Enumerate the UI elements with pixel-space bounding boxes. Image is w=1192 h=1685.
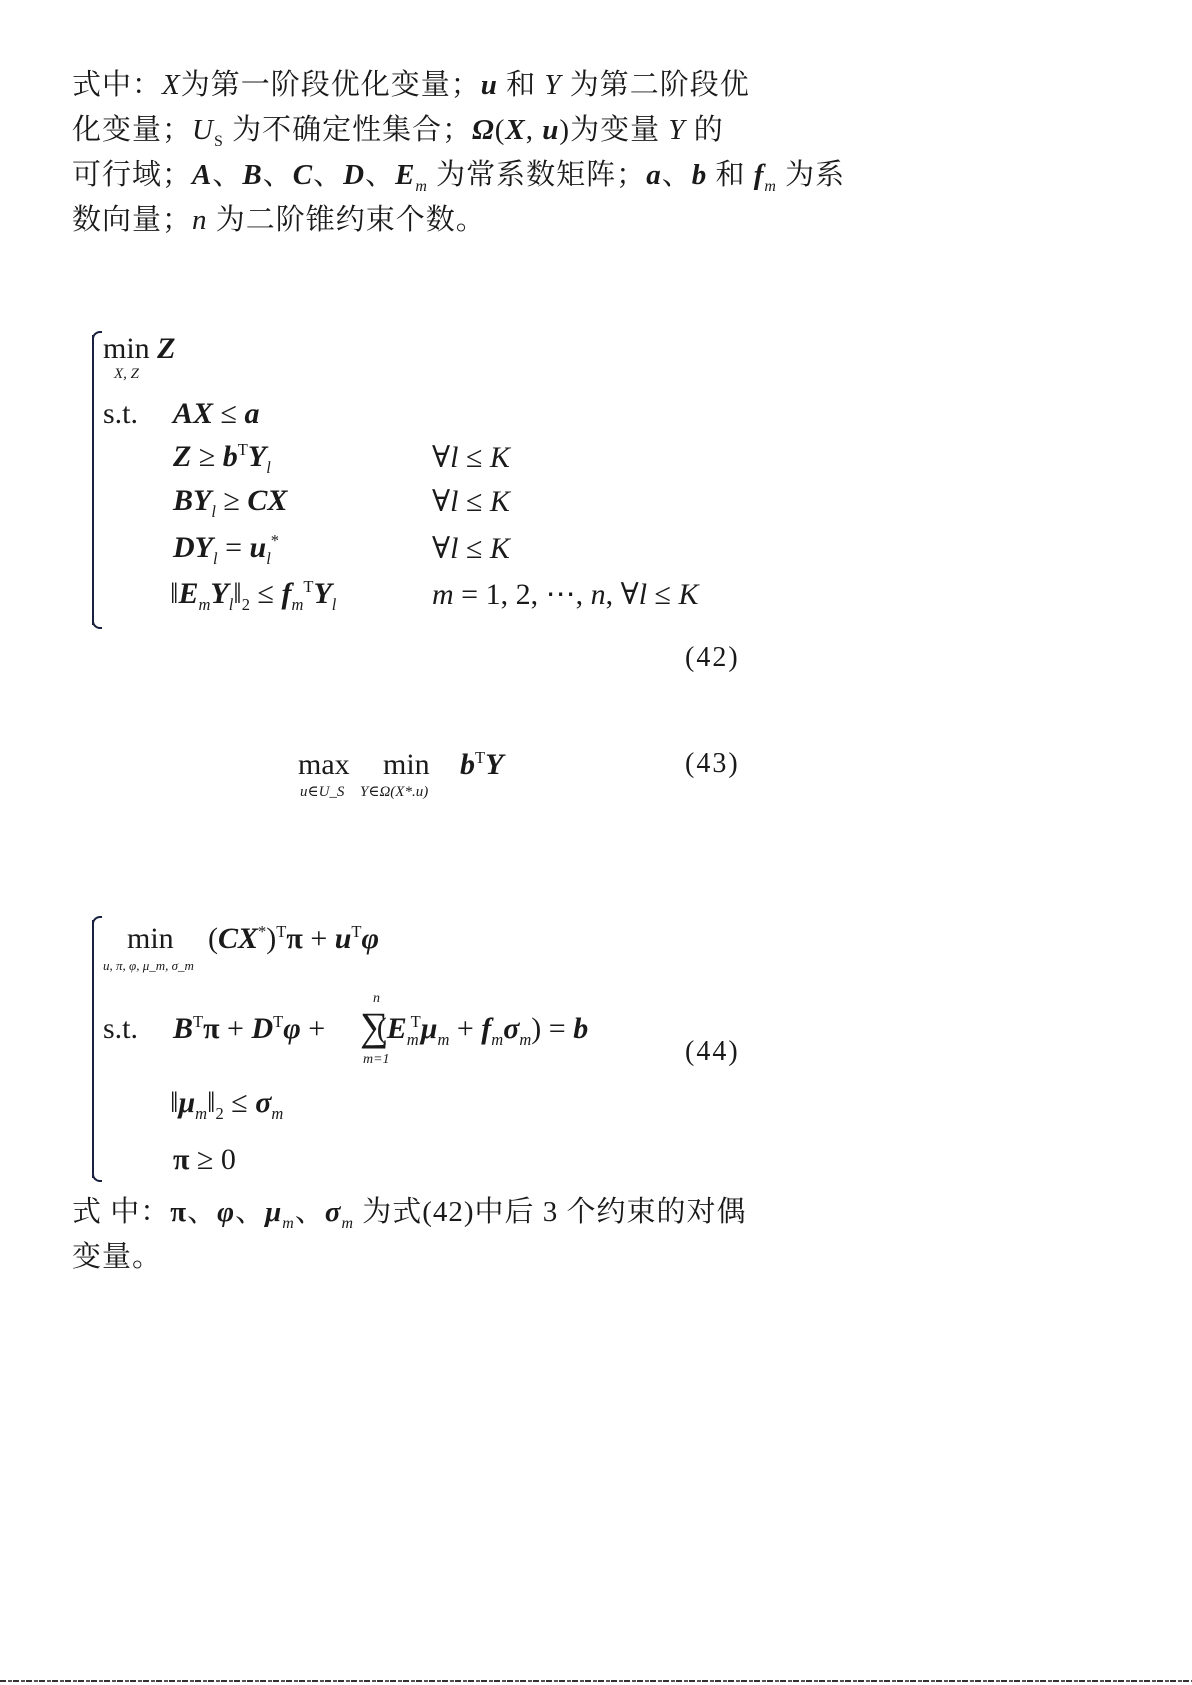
min-subscript: u, π, φ, μ_m, σ_m [103,958,194,974]
var-A: A [192,159,212,191]
text: 为第二阶段优 [562,69,750,101]
var-mu: μ [265,1196,282,1228]
paragraph-dual-variables: 式 中：π、φ、μm、σm 为式(42)中后 3 个约束的对偶 变量。 [72,1190,748,1280]
text: 化变量； [72,114,192,146]
text: 为常系数矩阵； [428,159,646,191]
min-subscript: X, Z [114,366,139,383]
var-n: n [192,204,208,236]
var-u: u [542,114,559,146]
separator: 、 [187,1196,217,1228]
text: 式中： [72,69,162,101]
var-phi: φ [217,1196,235,1228]
left-brace [92,920,94,1178]
separator: 、 [295,1196,325,1228]
paragraph-line-2: 变量。 [72,1235,748,1280]
var-b: b [692,159,708,191]
text: 为第一阶段优化变量； [181,69,481,101]
equation-number-43: (43) [685,748,740,780]
constraint-2: Z ≥ bTYl [173,440,271,474]
paragraph-line-1: 式中：X为第一阶段优化变量；u 和 Y 为第二阶段优 [72,63,748,108]
objective-expr: Z [157,332,175,365]
text: 变量。 [72,1241,162,1273]
paren: ( [495,114,506,146]
comma: , [526,114,543,146]
constraint-1: AX ≤ a [173,397,260,431]
paragraph-line-4: 数向量；n 为二阶锥约束个数。 [72,198,748,243]
condition-4: ∀l ≤ K [432,531,510,566]
var-U: U [192,114,214,146]
text: 为系 [777,159,845,191]
var-a: a [646,159,662,191]
subscript-S: S [214,133,224,150]
paragraph-variable-definitions: 式中：X为第一阶段优化变量；u 和 Y 为第二阶段优 化变量；US 为不确定性集… [72,63,748,243]
var-pi: π [170,1196,187,1228]
subscript-m: m [341,1215,354,1232]
objective-43: bTY [460,748,503,782]
scan-edge-line [0,1680,1192,1682]
text: 为不确定性集合； [224,114,472,146]
var-Y: Y [544,69,561,101]
min-operator: min [383,748,430,782]
constraint-2: ‖μm‖2 ≤ σm [170,1086,283,1120]
min-subscript: Y∈Ω(X*.u) [360,782,428,801]
text: 数向量； [72,204,192,236]
constraint-5: ‖EmYl‖2 ≤ fmTYl [170,577,336,611]
text: 和 [498,69,545,101]
left-brace [92,335,94,625]
max-subscript: u∈U_S [300,782,344,801]
var-B: B [242,159,262,191]
paragraph-line-2: 化变量；US 为不确定性集合；Ω(X, u)为变量 Y 的 [72,108,748,153]
separator: 、 [212,159,242,191]
text: 为二阶锥约束个数。 [208,204,486,236]
subscript-m: m [764,178,777,195]
objective-42: min Z [103,332,176,366]
var-E: E [395,159,415,191]
constraint-3: π ≥ 0 [173,1143,236,1177]
text: 和 [707,159,754,191]
subscript-m: m [282,1215,295,1232]
summation-sign: ∑ [360,1003,389,1050]
separator: 、 [662,159,692,191]
text: 式 中： [72,1196,170,1228]
var-Y: Y [668,114,685,146]
text: 为变量 [570,114,668,146]
min-operator: min [103,332,150,365]
var-f: f [754,159,765,191]
var-sigma: σ [325,1196,342,1228]
separator: 、 [235,1196,265,1228]
separator: 、 [313,159,343,191]
equation-number-42: (42) [685,642,740,674]
st-label: s.t. [103,1012,138,1046]
var-Omega: Ω [472,114,495,146]
text: 的 [685,114,723,146]
text: 为式(42)中后 3 个约束的对偶 [354,1196,747,1228]
separator: 、 [365,159,395,191]
paren: ) [559,114,570,146]
st-label: s.t. [103,397,138,431]
condition-5: m = 1, 2, ⋯, n, ∀l ≤ K [432,577,699,612]
paragraph-line-1: 式 中：π、φ、μm、σm 为式(42)中后 3 个约束的对偶 [72,1190,748,1235]
constraint-3: BYl ≥ CX [173,484,287,518]
var-X: X [162,69,181,101]
var-C: C [293,159,313,191]
var-u: u [481,69,498,101]
paragraph-line-3: 可行域；A、B、C、D、Em 为常系数矩阵；a、b 和 fm 为系 [72,153,748,198]
var-X: X [505,114,525,146]
sum-upper-limit: n [373,991,380,1007]
max-operator: max [298,748,350,782]
separator: 、 [263,159,293,191]
text: 可行域； [72,159,192,191]
var-D: D [343,159,365,191]
condition-2: ∀l ≤ K [432,440,510,475]
constraint-4: DYl = ul* [173,531,279,565]
objective-44: (CX*)Tπ + uTφ [208,922,379,956]
condition-3: ∀l ≤ K [432,484,510,519]
equation-number-44: (44) [685,1036,740,1068]
sum-lower-limit: m=1 [363,1052,390,1068]
subscript-m: m [415,178,428,195]
min-operator: min [127,922,174,956]
